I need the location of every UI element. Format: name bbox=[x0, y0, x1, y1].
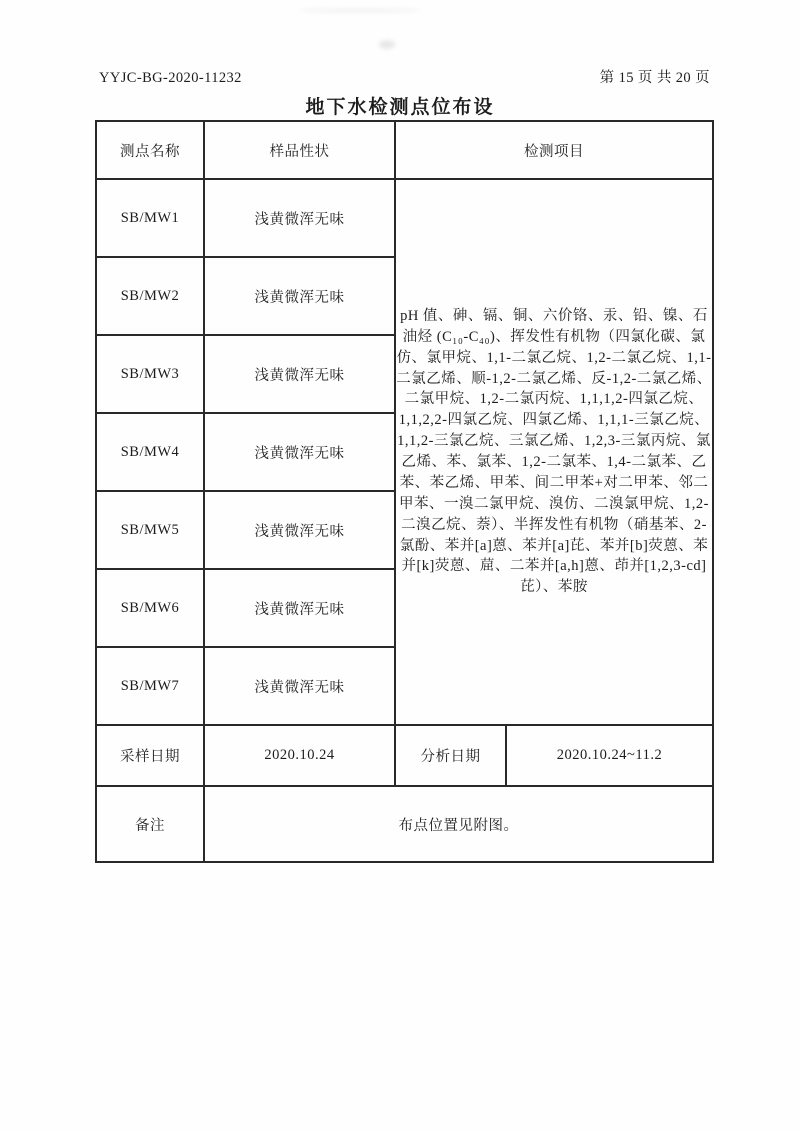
col-header-point-name: 测点名称 bbox=[96, 121, 204, 179]
point-name-cell: SB/MW2 bbox=[96, 257, 204, 335]
document-page: YYJC-BG-2020-11232 第 15 页 共 20 页 地下水检测点位… bbox=[0, 0, 800, 1131]
point-name-cell: SB/MW3 bbox=[96, 335, 204, 413]
sample-character-cell: 浅黄微浑无味 bbox=[204, 413, 395, 491]
analysis-date-label: 分析日期 bbox=[395, 725, 506, 786]
analysis-date-value: 2020.10.24~11.2 bbox=[506, 725, 713, 786]
sample-character-cell: 浅黄微浑无味 bbox=[204, 569, 395, 647]
sample-character-cell: 浅黄微浑无味 bbox=[204, 491, 395, 569]
scan-artifact bbox=[379, 40, 395, 49]
dates-row: 采样日期 2020.10.24 分析日期 2020.10.24~11.2 bbox=[96, 725, 713, 786]
sampling-date-label: 采样日期 bbox=[96, 725, 204, 786]
doc-number: YYJC-BG-2020-11232 bbox=[99, 70, 242, 87]
scan-artifact bbox=[300, 8, 420, 13]
sample-character-cell: 浅黄微浑无味 bbox=[204, 647, 395, 725]
page-header: YYJC-BG-2020-11232 第 15 页 共 20 页 bbox=[99, 66, 710, 87]
col-header-detection-items: 检测项目 bbox=[395, 121, 713, 179]
point-name-cell: SB/MW5 bbox=[96, 491, 204, 569]
table-row: SB/MW1 浅黄微浑无味 pH 值、砷、镉、铜、六价铬、汞、铅、镍、石油烃 (… bbox=[96, 179, 713, 257]
monitoring-points-table: 测点名称 样品性状 检测项目 SB/MW1 浅黄微浑无味 pH 值、砷、镉、铜、… bbox=[95, 120, 714, 863]
sampling-date-value: 2020.10.24 bbox=[204, 725, 395, 786]
remark-label: 备注 bbox=[96, 786, 204, 862]
point-name-cell: SB/MW7 bbox=[96, 647, 204, 725]
document-title: 地下水检测点位布设 bbox=[0, 92, 800, 119]
sample-character-cell: 浅黄微浑无味 bbox=[204, 257, 395, 335]
remark-value: 布点位置见附图。 bbox=[204, 786, 713, 862]
page-indicator: 第 15 页 共 20 页 bbox=[600, 66, 710, 87]
point-name-cell: SB/MW1 bbox=[96, 179, 204, 257]
col-header-sample-character: 样品性状 bbox=[204, 121, 395, 179]
point-name-cell: SB/MW6 bbox=[96, 569, 204, 647]
point-name-cell: SB/MW4 bbox=[96, 413, 204, 491]
remark-row: 备注 布点位置见附图。 bbox=[96, 786, 713, 862]
detection-items-cell: pH 值、砷、镉、铜、六价铬、汞、铅、镍、石油烃 (C₁₀-C₄₀)、挥发性有机… bbox=[395, 179, 713, 725]
table-header-row: 测点名称 样品性状 检测项目 bbox=[96, 121, 713, 179]
sample-character-cell: 浅黄微浑无味 bbox=[204, 179, 395, 257]
sample-character-cell: 浅黄微浑无味 bbox=[204, 335, 395, 413]
